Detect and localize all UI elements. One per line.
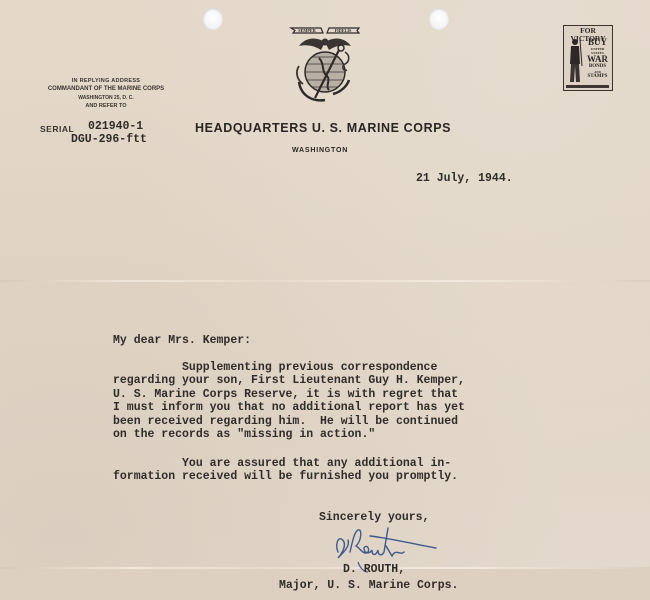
serial-number: 021940-1 <box>88 120 143 134</box>
paper-fold-line <box>0 280 650 282</box>
reply-line-1: IN REPLYING ADDRESS <box>38 77 174 85</box>
salutation: My dear Mrs. Kemper: <box>113 334 251 347</box>
reply-line-4: AND REFER TO <box>38 102 174 110</box>
reply-line-2: COMMANDANT OF THE MARINE CORPS <box>38 85 174 94</box>
stamp-war: WAR <box>584 55 611 64</box>
body-paragraph-1: Supplementing previous correspondence re… <box>113 361 465 441</box>
signer-title: Major, U. S. Marine Corps. <box>279 579 458 592</box>
reply-instructions: IN REPLYING ADDRESS COMMANDANT OF THE MA… <box>38 77 174 110</box>
stamp-text: BUY UNITED STATES WAR BONDS AND STAMPS <box>584 38 611 80</box>
letter-date: 21 July, 1944. <box>416 172 513 185</box>
war-bonds-stamp-icon: FOR VICTORY BUY UNITED STATES WAR BONDS … <box>563 25 613 91</box>
punch-hole-icon <box>429 8 449 30</box>
serial-label: SERIAL <box>40 124 74 134</box>
body-paragraph-2: You are assured that any additional in- … <box>113 457 458 484</box>
organization-location: WASHINGTON <box>292 147 348 154</box>
stamp-bottom-bar <box>566 85 609 88</box>
paper-fold-line <box>0 567 650 569</box>
motto-right: FIDELIS <box>335 28 352 33</box>
stamp-stamps: STAMPS <box>584 74 611 80</box>
punch-hole-icon <box>203 8 223 30</box>
reference-code: DGU-296-ftt <box>71 133 147 147</box>
stamp-buy: BUY <box>584 38 611 47</box>
reply-line-3: WASHINGTON 25, D. C. <box>38 94 174 102</box>
signer-name: D. ROUTH, <box>343 563 405 576</box>
motto-left: SEMPER <box>298 28 316 33</box>
organization-heading: HEADQUARTERS U. S. MARINE CORPS <box>195 121 451 135</box>
soldier-icon <box>566 36 584 84</box>
eagle-globe-anchor-icon: SEMPER FIDELIS <box>285 22 367 106</box>
